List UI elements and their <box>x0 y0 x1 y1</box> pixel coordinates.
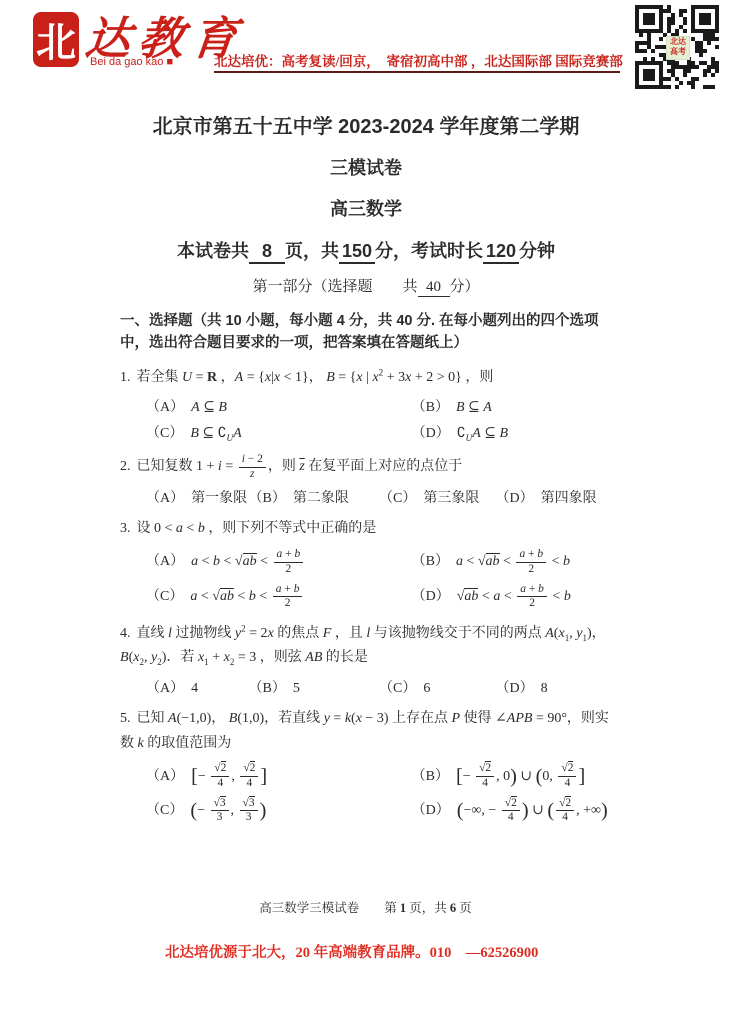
option-row: （C）a < √ab < b < a + b2（D）√ab < a < a + … <box>120 583 612 612</box>
option-content: 第二象限 <box>293 491 349 506</box>
option-label: （C） <box>379 491 416 506</box>
question-4-option-A: （A）4 <box>146 677 249 697</box>
option-row: （C）(− √33, √33)（D）(−∞, − √24) ∪ (√24, +∞… <box>120 797 612 826</box>
question-number: 3. <box>120 521 131 536</box>
question-1-option-B: （B）B ⊆ A <box>412 396 612 416</box>
question-4-option-C: （C）6 <box>379 677 496 697</box>
option-content: 6 <box>423 681 430 696</box>
question-stem: 已知 A(−1,0)， B(1,0)，若直线 y = k(x − 3) 上存在点… <box>120 711 609 751</box>
question-2: 2.已知复数 1 + i = i − 2z，则 z 在复平面上对应的点位于（A）… <box>120 453 612 508</box>
question-1-option-C: （C）B ⊆ ∁UA <box>146 422 412 443</box>
option-row: （A）a < b < √ab < a + b2（B）a < √ab < a + … <box>120 548 612 577</box>
question-1: 1.若全集 U = R ，A = {x|x < 1}， B = {x | x2 … <box>120 365 612 443</box>
exam-body: 北京市第五十五中学 2023-2024 学年度第二学期 三模试卷 高三数学 本试… <box>120 96 612 825</box>
option-label: （D） <box>495 681 533 696</box>
option-content: 第三象限 <box>423 491 479 506</box>
option-label: （A） <box>146 491 184 506</box>
option-content: 8 <box>541 681 548 696</box>
question-2-option-A: （A）第一象限 <box>146 487 249 507</box>
option-label: （A） <box>146 681 184 696</box>
option-content: [− √24, 0) ∪ (0, √24] <box>456 769 585 784</box>
question-number: 5. <box>120 711 131 726</box>
exam-page: 北 达教育 Bei da gao kao ■ 北达培优：高考复读/回京， 寄宿初… <box>0 0 731 1024</box>
question-stem: 设 0 < a < b ，则下列不等式中正确的是 <box>137 521 377 536</box>
questions: 1.若全集 U = R ，A = {x|x < 1}， B = {x | x2 … <box>120 365 612 825</box>
option-content: 第四象限 <box>541 491 597 506</box>
exam-title-line2: 三模试卷 <box>120 154 612 180</box>
option-label: （B） <box>412 769 449 784</box>
question-number: 4. <box>120 626 131 641</box>
option-label: （A） <box>146 769 184 784</box>
option-row: （C）B ⊆ ∁UA（D）∁UA ⊆ B <box>120 422 612 443</box>
option-row: （A）第一象限（B）第二象限（C）第三象限（D）第四象限 <box>120 487 612 507</box>
option-content: B ⊆ A <box>456 400 492 415</box>
question-5: 5.已知 A(−1,0)， B(1,0)，若直线 y = k(x − 3) 上存… <box>120 707 612 825</box>
option-label: （C） <box>379 681 416 696</box>
qr-center-logo: 北达 高考 <box>666 36 690 60</box>
option-content: 第一象限 <box>191 491 247 506</box>
question-number: 2. <box>120 459 131 474</box>
option-label: （D） <box>412 589 450 604</box>
question-5-option-C: （C）(− √33, √33) <box>146 797 412 826</box>
option-label: （C） <box>146 589 183 604</box>
brand-tagline: 北达培优：高考复读/回京， 寄宿初高中部 ，北达国际部 国际竞赛部 <box>214 50 616 70</box>
option-content: a < b < √ab < a + b2 <box>191 554 305 569</box>
option-label: （D） <box>412 803 450 818</box>
part-one-heading: 第一部分（选择题 共40分） <box>120 275 612 297</box>
question-stem: 直线 l 过抛物线 y2 = 2x 的焦点 F ，且 l 与该抛物线交于不同的两… <box>120 626 606 666</box>
option-content: a < √ab < b < a + b2 <box>190 589 304 604</box>
option-label: （D） <box>412 426 450 441</box>
question-3: 3.设 0 < a < b ，则下列不等式中正确的是（A）a < b < √ab… <box>120 517 612 611</box>
exam-title-line3: 高三数学 <box>120 195 612 221</box>
question-1-option-A: （A）A ⊆ B <box>146 396 412 416</box>
option-content: (−∞, − √24) ∪ (√24, +∞) <box>457 803 608 818</box>
option-content: [− √24, √24] <box>191 769 267 784</box>
footer-promo-line: 北达培优源于北大，20 年高端教育品牌。010 —62526900 <box>165 941 538 962</box>
option-label: （B） <box>412 400 449 415</box>
question-5-option-B: （B）[− √24, 0) ∪ (0, √24] <box>412 762 612 791</box>
option-content: 5 <box>293 681 300 696</box>
option-label: （B） <box>249 681 286 696</box>
question-5-option-A: （A）[− √24, √24] <box>146 762 412 791</box>
question-2-option-D: （D）第四象限 <box>495 487 612 507</box>
brand-subtitle: Bei da gao kao ■ <box>90 56 173 68</box>
page-header: 北 达教育 Bei da gao kao ■ 北达培优：高考复读/回京， 寄宿初… <box>0 0 731 96</box>
option-content: a < √ab < a + b2 < b <box>456 554 570 569</box>
question-5-option-D: （D）(−∞, − √24) ∪ (√24, +∞) <box>412 797 612 826</box>
section-header: 一、选择题（共 10 小题，每小题 4 分，共 40 分. 在每小题列出的四个选… <box>120 310 612 355</box>
option-label: （C） <box>146 803 183 818</box>
option-content: ∁UA ⊆ B <box>457 426 508 441</box>
page-number-line: 高三数学三模试卷 第 1 页，共 6 页 <box>0 898 731 916</box>
option-content: B ⊆ ∁UA <box>190 426 241 441</box>
option-row: （A）4（B）5（C）6（D）8 <box>120 677 612 697</box>
question-4-option-D: （D）8 <box>495 677 612 697</box>
exam-info-line: 本试卷共8页，共150分，考试时长120分钟 <box>120 237 612 264</box>
option-label: （B） <box>249 491 286 506</box>
option-label: （D） <box>495 491 533 506</box>
brand-seal-logo: 北 <box>33 12 79 67</box>
option-content: (− √33, √33) <box>190 803 266 818</box>
header-divider <box>214 71 620 73</box>
question-stem: 已知复数 1 + i = i − 2z，则 z 在复平面上对应的点位于 <box>137 459 463 474</box>
option-label: （C） <box>146 426 183 441</box>
question-3-option-B: （B）a < √ab < a + b2 < b <box>412 548 612 577</box>
question-4-option-B: （B）5 <box>249 677 379 697</box>
qr-code: 北达 高考 <box>634 5 720 89</box>
option-label: （A） <box>146 554 184 569</box>
exam-title-line1: 北京市第五十五中学 2023-2024 学年度第二学期 <box>120 110 612 139</box>
question-number: 1. <box>120 370 131 385</box>
option-content: √ab < a < a + b2 < b <box>457 589 571 604</box>
option-content: A ⊆ B <box>191 400 227 415</box>
option-label: （B） <box>412 554 449 569</box>
question-3-option-A: （A）a < b < √ab < a + b2 <box>146 548 412 577</box>
option-row: （A）A ⊆ B（B）B ⊆ A <box>120 396 612 416</box>
question-1-option-D: （D）∁UA ⊆ B <box>412 422 612 443</box>
question-3-option-D: （D）√ab < a < a + b2 < b <box>412 583 612 612</box>
question-stem: 若全集 U = R ，A = {x|x < 1}， B = {x | x2 + … <box>137 370 494 385</box>
question-3-option-C: （C）a < √ab < b < a + b2 <box>146 583 412 612</box>
option-label: （A） <box>146 400 184 415</box>
option-content: 4 <box>191 681 198 696</box>
question-2-option-B: （B）第二象限 <box>249 487 379 507</box>
question-4: 4.直线 l 过抛物线 y2 = 2x 的焦点 F ，且 l 与该抛物线交于不同… <box>120 621 612 697</box>
option-row: （A）[− √24, √24]（B）[− √24, 0) ∪ (0, √24] <box>120 762 612 791</box>
question-2-option-C: （C）第三象限 <box>379 487 496 507</box>
